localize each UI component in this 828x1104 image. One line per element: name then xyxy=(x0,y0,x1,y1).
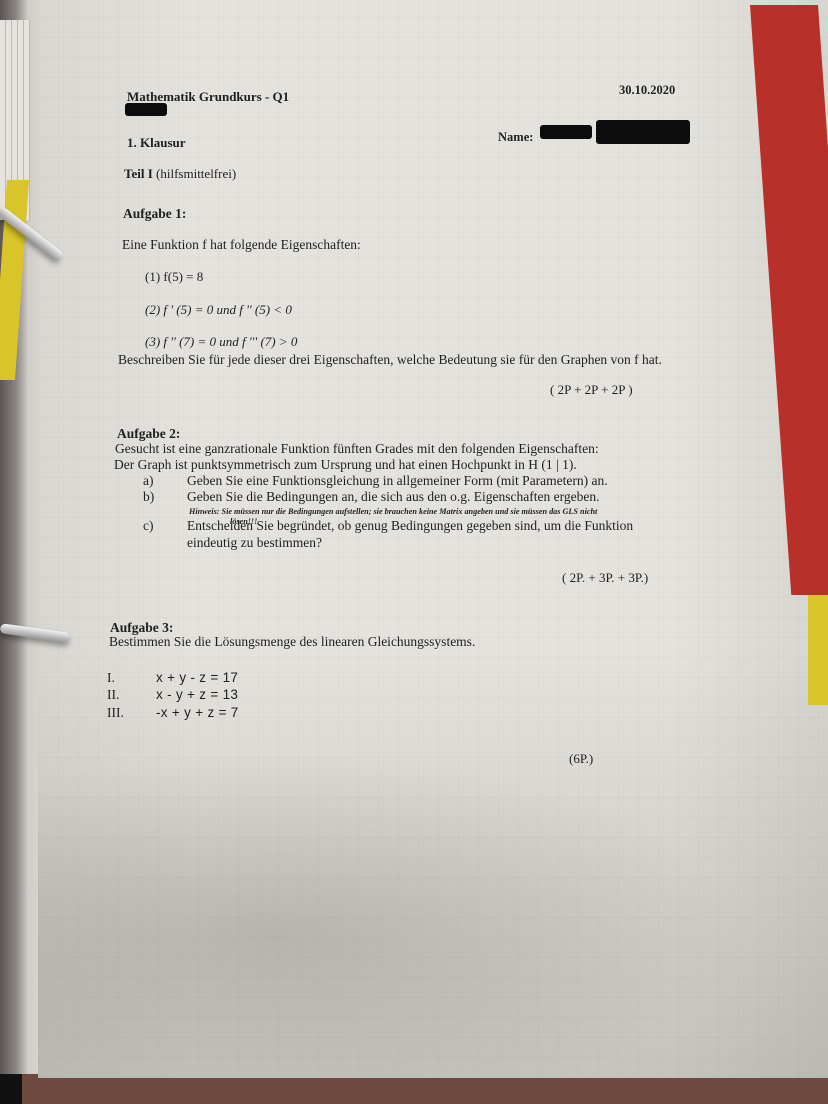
equation-2-label: II. xyxy=(107,687,119,703)
task1-intro: Eine Funktion f hat folgende Eigenschaft… xyxy=(122,237,361,253)
equation-1-label: I. xyxy=(107,670,115,686)
task1-condition-3: (3) f '' (7) = 0 und f ''' (7) > 0 xyxy=(145,334,297,350)
yellow-divider-tab xyxy=(808,595,828,705)
task1-condition-2: (2) f ' (5) = 0 und f '' (5) < 0 xyxy=(145,302,292,318)
binder-background xyxy=(0,0,40,1104)
task2-title: Aufgabe 2: xyxy=(117,426,180,442)
table-surface xyxy=(0,1074,828,1104)
subtask-b-letter: b) xyxy=(143,489,154,505)
equation-1: x + y - z = 17 xyxy=(156,670,238,685)
exam-date: 30.10.2020 xyxy=(619,83,675,98)
equation-3-label: III. xyxy=(107,705,124,721)
task3-instruction: Bestimmen Sie die Lösungsmenge des linea… xyxy=(109,634,475,650)
task2-hint: Hinweis: Sie müssen nur die Bedingungen … xyxy=(189,507,597,516)
subtask-c-letter: c) xyxy=(143,518,154,534)
redaction-box xyxy=(125,103,167,116)
exam-sheet xyxy=(38,0,828,1078)
equation-2: x - y + z = 13 xyxy=(156,687,238,702)
subtask-a-text: Geben Sie eine Funktionsgleichung in all… xyxy=(187,473,608,489)
part-note: (hilfsmittelfrei) xyxy=(153,166,236,181)
exam-number: 1. Klausur xyxy=(127,135,186,151)
task2-description-2: Der Graph ist punktsymmetrisch zum Urspr… xyxy=(114,457,577,473)
task2-points: ( 2P. + 3P. + 3P.) xyxy=(562,570,648,586)
task1-condition-1: (1) f(5) = 8 xyxy=(145,269,203,285)
task1-points: ( 2P + 2P + 2P ) xyxy=(550,382,633,398)
subtask-b-text: Geben Sie die Bedingungen an, die sich a… xyxy=(187,489,600,505)
task2-description-1: Gesucht ist eine ganzrationale Funktion … xyxy=(115,441,599,457)
name-redaction-2 xyxy=(596,120,690,144)
subtask-a-letter: a) xyxy=(143,473,154,489)
subtask-c-text-cont: eindeutig zu bestimmen? xyxy=(187,535,322,551)
faint-grid xyxy=(38,0,828,1078)
exam-part: Teil I (hilfsmittelfrei) xyxy=(124,166,236,182)
task1-title: Aufgabe 1: xyxy=(123,206,186,222)
subtask-c-text: Entscheiden Sie begründet, ob genug Bedi… xyxy=(187,518,633,534)
name-label: Name: xyxy=(498,130,533,145)
task1-instruction: Beschreiben Sie für jede dieser drei Eig… xyxy=(118,352,688,368)
name-redaction-1 xyxy=(540,125,592,139)
equation-3: -x + y + z = 7 xyxy=(156,705,239,720)
task3-points: (6P.) xyxy=(569,751,593,767)
part-label: Teil I xyxy=(124,166,153,181)
